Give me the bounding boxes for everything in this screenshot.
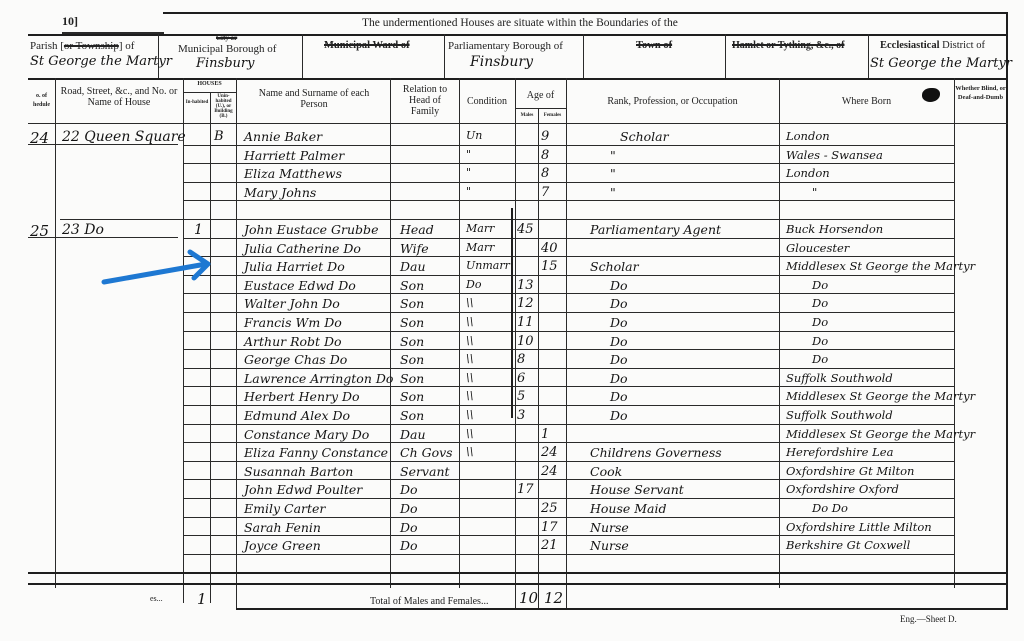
condition-cell: \\: [466, 352, 473, 365]
female-age-cell: 8: [541, 166, 549, 181]
census-row: Emily CarterDo25House MaidDo Do: [0, 500, 1024, 518]
name-cell: John Eustace Grubbe: [244, 222, 378, 237]
occupation-cell: Do: [610, 408, 628, 423]
occupation-cell: Nurse: [590, 538, 629, 553]
road-cell: 22 Queen Square: [62, 129, 186, 145]
where-born-cell: Oxfordshire Gt Milton: [786, 464, 914, 478]
condition-cell: \\: [466, 445, 473, 458]
name-cell: Eustace Edwd Do: [244, 278, 356, 293]
where-born-cell: Middlesex St George the Martyr: [786, 427, 975, 441]
condition-cell: Unmarr: [466, 259, 510, 272]
condition-cell: \\: [466, 315, 473, 328]
census-row: Joyce GreenDo21NurseBerkshire Gt Coxwell: [0, 537, 1024, 555]
name-cell: Mary Johns: [244, 185, 316, 200]
where-born-cell: Gloucester: [786, 241, 849, 255]
census-row: Constance Mary DoDau\\1Middlesex St Geor…: [0, 426, 1024, 444]
occupation-cell: Do: [610, 352, 628, 367]
condition-cell: \\: [466, 427, 473, 440]
female-age-cell: 40: [541, 241, 558, 256]
banner-text: The undermentioned Houses are situate wi…: [362, 17, 678, 29]
female-age-cell: 24: [541, 464, 558, 479]
municipal-ward-label: Municipal Ward of: [324, 40, 410, 51]
where-born-cell: ": [812, 185, 817, 199]
male-age-cell: 6: [517, 371, 525, 386]
parliamentary-borough-label: Parliamentary Borough of: [448, 40, 563, 52]
col-females: Females: [539, 113, 566, 118]
ecclesiastical-district-label: Ecclesiastical District of: [880, 40, 985, 51]
relation-cell: Do: [400, 501, 418, 516]
relation-cell: Son: [400, 352, 424, 367]
municipal-borough-value: Finsbury: [196, 56, 254, 71]
parish-label: Parish [or Township] of: [30, 40, 134, 52]
census-row: Eliza Matthews"8"London: [0, 165, 1024, 183]
occupation-cell: Cook: [590, 464, 622, 479]
name-cell: Emily Carter: [244, 501, 325, 516]
where-born-cell: Do Do: [812, 501, 848, 515]
census-page: 10] The undermentioned Houses are situat…: [0, 0, 1024, 641]
occupation-cell: Nurse: [590, 520, 629, 535]
relation-cell: Dau: [400, 427, 426, 442]
total-females: 12: [544, 589, 563, 607]
female-age-cell: 21: [541, 538, 558, 553]
condition-cell: Do: [466, 278, 481, 291]
total-houses-inhabited: 1: [197, 590, 207, 608]
where-born-cell: London: [786, 166, 830, 180]
male-age-cell: 12: [517, 296, 534, 311]
relation-cell: Son: [400, 371, 424, 386]
name-cell: Eliza Matthews: [244, 166, 342, 181]
relation-cell: Son: [400, 296, 424, 311]
name-cell: Susannah Barton: [244, 464, 353, 479]
name-cell: George Chas Do: [244, 352, 347, 367]
occupation-cell: House Maid: [590, 501, 667, 516]
relation-cell: Son: [400, 334, 424, 349]
occupation-cell: Scholar: [620, 129, 669, 144]
name-cell: Herbert Henry Do: [244, 389, 360, 404]
relation-cell: Son: [400, 278, 424, 293]
male-age-cell: 17: [517, 482, 534, 497]
city-label-struck: City or: [216, 34, 237, 42]
female-age-cell: 17: [541, 520, 558, 535]
occupation-cell: Do: [610, 315, 628, 330]
male-age-cell: 13: [517, 278, 534, 293]
col-occupation: Rank, Profession, or Occupation: [566, 96, 779, 107]
female-age-cell: 25: [541, 501, 558, 516]
male-age-cell: 10: [517, 334, 534, 349]
hamlet-label: Hamlet or Tything, &c., of: [732, 40, 845, 51]
where-born-cell: Do: [812, 296, 828, 310]
col-relation: Relation to Head of Family: [394, 84, 456, 117]
highlight-arrow-icon: [98, 248, 218, 288]
census-row: Harriett Palmer"8"Wales - Swansea: [0, 147, 1024, 165]
condition-cell: \\: [466, 371, 473, 384]
where-born-cell: Suffolk Southwold: [786, 371, 893, 385]
where-born-cell: Oxfordshire Oxford: [786, 482, 899, 496]
col-age: Age of: [515, 90, 566, 101]
col-road: Road, Street, &c., and No. or Name of Ho…: [58, 86, 180, 108]
name-cell: Harriett Palmer: [244, 148, 344, 163]
total-houses-label: es...: [150, 594, 163, 603]
male-age-cell: 45: [517, 222, 534, 237]
inhabited-cell: 1: [194, 222, 203, 238]
occupation-cell: Do: [610, 334, 628, 349]
name-cell: Arthur Robt Do: [244, 334, 342, 349]
relation-cell: Son: [400, 389, 424, 404]
census-row: John Edwd PoulterDo17House ServantOxford…: [0, 481, 1024, 499]
condition-cell: \\: [466, 408, 473, 421]
condition-cell: Un: [466, 129, 482, 142]
total-persons-label: Total of Males and Females...: [370, 596, 488, 607]
where-born-cell: Do: [812, 352, 828, 366]
municipal-borough-label: Municipal Borough of: [178, 43, 276, 55]
occupation-cell: House Servant: [590, 482, 684, 497]
name-cell: Julia Catherine Do: [244, 241, 361, 256]
male-age-cell: 8: [517, 352, 525, 367]
where-born-cell: Suffolk Southwold: [786, 408, 893, 422]
condition-cell: \\: [466, 389, 473, 402]
col-condition: Condition: [459, 96, 515, 107]
occupation-cell: Do: [610, 389, 628, 404]
female-age-cell: 15: [541, 259, 558, 274]
relation-cell: Head: [400, 222, 434, 237]
name-cell: Francis Wm Do: [244, 315, 342, 330]
name-cell: Julia Harriet Do: [244, 259, 345, 274]
male-age-cell: 5: [517, 389, 525, 404]
relation-cell: Dau: [400, 259, 426, 274]
parish-value: St George the Martyr: [30, 54, 172, 69]
relation-cell: Wife: [400, 241, 429, 256]
col-males: Males: [516, 113, 538, 118]
condition-cell: \\: [466, 334, 473, 347]
where-born-cell: Berkshire Gt Coxwell: [786, 538, 910, 552]
census-row: Eliza Fanny ConstanceCh Govs\\24Children…: [0, 444, 1024, 462]
where-born-cell: Do: [812, 278, 828, 292]
census-row: Mary Johns"7"": [0, 184, 1024, 202]
where-born-cell: Do: [812, 315, 828, 329]
name-cell: Edmund Alex Do: [244, 408, 350, 423]
condition-cell: Marr: [466, 222, 494, 235]
town-label: Town of: [636, 40, 672, 51]
where-born-cell: Wales - Swansea: [786, 148, 883, 162]
female-age-cell: 8: [541, 148, 549, 163]
male-age-cell: 11: [517, 315, 534, 330]
occupation-cell: Scholar: [590, 259, 639, 274]
uninhabited-cell: B: [214, 129, 224, 144]
col-disability: Whether Blind, or Deaf-and-Dumb: [955, 84, 1006, 102]
occupation-cell: Parliamentary Agent: [590, 222, 721, 237]
occupation-cell: ": [610, 166, 616, 181]
page-number: 10]: [62, 14, 78, 29]
relation-cell: Do: [400, 538, 418, 553]
census-row: Susannah BartonServant24CookOxfordshire …: [0, 463, 1024, 481]
relation-cell: Servant: [400, 464, 450, 479]
census-row: Sarah FeninDo17NurseOxfordshire Little M…: [0, 519, 1024, 537]
relation-cell: Do: [400, 482, 418, 497]
female-age-cell: 24: [541, 445, 558, 460]
where-born-cell: Middlesex St George the Martyr: [786, 259, 975, 273]
condition-cell: ": [466, 148, 471, 161]
occupation-cell: Do: [610, 371, 628, 386]
occupation-cell: Do: [610, 296, 628, 311]
relation-cell: Do: [400, 520, 418, 535]
male-age-cell: 3: [517, 408, 525, 423]
female-age-cell: 7: [541, 185, 549, 200]
condition-cell: Marr: [466, 241, 494, 254]
col-inhabited: In-habited: [184, 100, 210, 105]
occupation-cell: ": [610, 185, 616, 200]
where-born-cell: Oxfordshire Little Milton: [786, 520, 932, 534]
name-cell: Sarah Fenin: [244, 520, 321, 535]
occupation-cell: Do: [610, 278, 628, 293]
where-born-cell: Do: [812, 334, 828, 348]
condition-cell: ": [466, 166, 471, 179]
relation-cell: Ch Govs: [400, 445, 453, 460]
relation-cell: Son: [400, 408, 424, 423]
where-born-cell: Herefordshire Lea: [786, 445, 893, 459]
where-born-cell: Middlesex St George the Martyr: [786, 389, 975, 403]
col-uninhabited: Unin-habited (U.), or Building (B.): [211, 94, 236, 119]
name-cell: Constance Mary Do: [244, 427, 369, 442]
female-age-cell: 1: [541, 427, 549, 442]
condition-cell: ": [466, 185, 471, 198]
census-row: 2422 Queen SquareBAnnie BakerUn9ScholarL…: [0, 128, 1024, 146]
occupation-cell: Childrens Governess: [590, 445, 722, 460]
relation-cell: Son: [400, 315, 424, 330]
name-cell: Eliza Fanny Constance: [244, 445, 388, 460]
name-cell: John Edwd Poulter: [244, 482, 362, 497]
name-cell: Lawrence Arrington Do: [244, 371, 393, 386]
col-name: Name and Surname of each Person: [246, 88, 382, 110]
occupation-cell: ": [610, 148, 616, 163]
col-houses: HOUSES: [183, 82, 236, 87]
name-cell: Joyce Green: [244, 538, 321, 553]
total-males: 10: [519, 589, 538, 607]
ecclesiastical-district-value: St George the Martyr: [870, 56, 1012, 71]
road-cell: 23 Do: [62, 222, 104, 238]
col-schedule: o. ofhedule: [28, 92, 55, 110]
sheet-footer: Eng.—Sheet D.: [900, 614, 957, 624]
condition-cell: \\: [466, 296, 473, 309]
parliamentary-borough-value: Finsbury: [470, 54, 533, 70]
name-cell: Walter John Do: [244, 296, 340, 311]
where-born-cell: London: [786, 129, 830, 143]
name-cell: Annie Baker: [244, 129, 322, 144]
female-age-cell: 9: [541, 129, 549, 144]
where-born-cell: Buck Horsendon: [786, 222, 883, 236]
